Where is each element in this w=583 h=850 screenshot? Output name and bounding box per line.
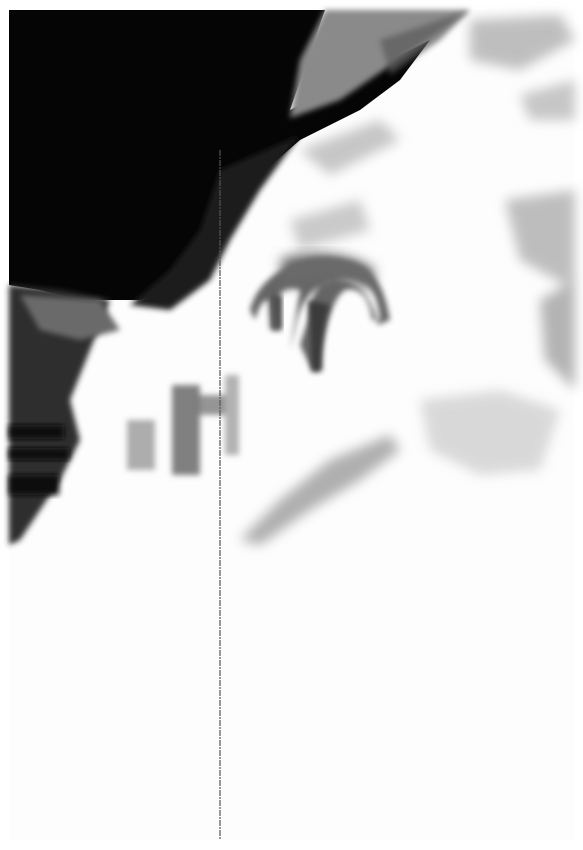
abstract-image <box>0 0 583 850</box>
image-canvas <box>0 0 583 850</box>
